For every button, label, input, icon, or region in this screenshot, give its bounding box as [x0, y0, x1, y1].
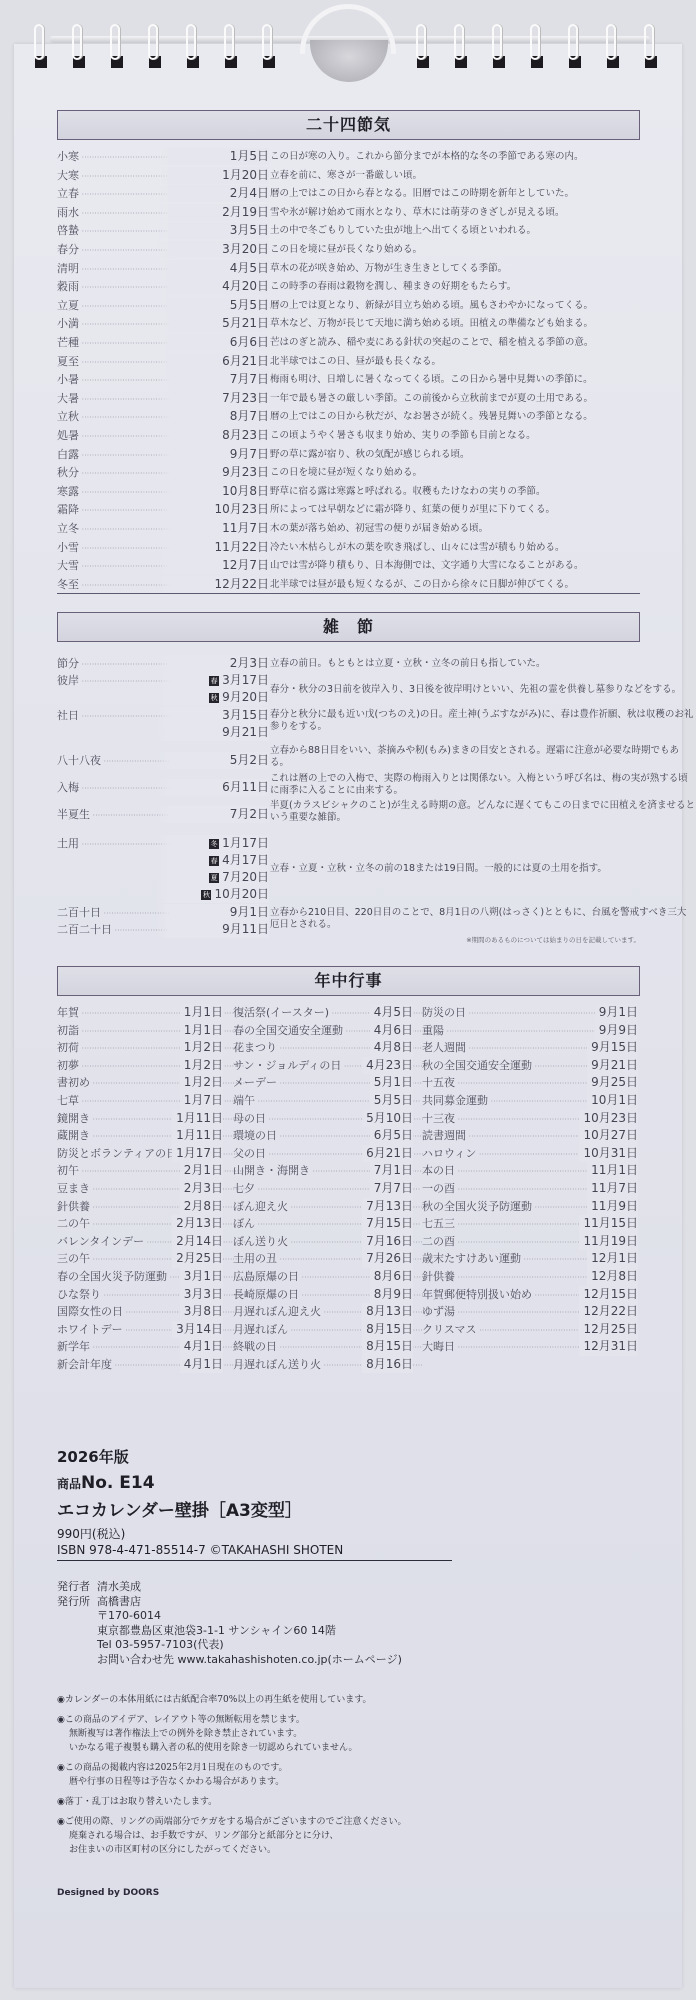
- event-date: 2月25日: [172, 1250, 223, 1268]
- event-date: 1月2日: [180, 1039, 223, 1057]
- event-date: 5月5日: [370, 1092, 413, 1110]
- event-row: 本の日11月1日: [422, 1162, 638, 1180]
- term-date: 12月22日: [157, 576, 269, 593]
- term-description: 暦の上ではこの日から秋だが、なお暑さが続く。残暑見舞いの季節となる。: [270, 408, 593, 425]
- term-description: 木の葉が落ち始め、初冠雪の便りが届き始める頃。: [270, 520, 488, 537]
- event-date: 9月9日: [595, 1022, 638, 1040]
- binding-ring: [416, 24, 430, 66]
- notice-line: 暦や行事の日程等は予告なくかわる場合があります。: [57, 1775, 407, 1789]
- notice-line: ◉ご使用の際、リングの両端部分でケガをする場合がございますのでご注意ください。: [57, 1815, 407, 1829]
- term-description: 土の中で冬ごもりしていた虫が地上へ出てくる頃といわれる。: [270, 222, 536, 239]
- event-date: 8月13日: [362, 1303, 413, 1321]
- term-description: 梅雨も明け、日増しに暑くなってくる頃。この日から暑中見舞いの季節に。: [270, 371, 593, 388]
- event-date: 6月21日: [362, 1145, 413, 1163]
- event-date: 7月15日: [362, 1215, 413, 1233]
- event-date: 8月15日: [362, 1321, 413, 1339]
- term-date: 9月23日: [157, 464, 269, 481]
- event-row: 針供養12月8日: [422, 1268, 638, 1286]
- event-date: 11月15日: [579, 1215, 638, 1233]
- event-date: 4月8日: [370, 1039, 413, 1057]
- events-column-2: 復活祭(イースター)4月5日春の全国交通安全運動4月6日花まつり4月8日サン・ジ…: [233, 1004, 413, 1373]
- term-description: 立春を前に、寒さが一番厳しい頃。: [270, 167, 422, 184]
- event-date: 8月9日: [370, 1286, 413, 1304]
- term-date: 7月7日: [157, 371, 269, 388]
- event-row: ぼん送り火7月16日: [233, 1233, 413, 1251]
- event-row: 長崎原爆の日8月9日: [233, 1286, 413, 1304]
- event-row: ホワイトデー3月14日: [57, 1321, 223, 1339]
- binding-ring: [644, 24, 658, 66]
- event-date: 11月9日: [587, 1198, 638, 1216]
- event-date: 1月2日: [180, 1057, 223, 1075]
- event-row: 秋の全国火災予防運動11月9日: [422, 1198, 638, 1216]
- term-date: 8月7日: [157, 408, 269, 425]
- notice-item: ◉この商品のアイデア、レイアウト等の無断転用を禁じます。無断複写は著作権法上での…: [57, 1713, 407, 1755]
- event-name: 重陽: [422, 1022, 612, 1041]
- event-date: 8月16日: [362, 1356, 413, 1374]
- event-row: 鏡開き1月11日: [57, 1110, 223, 1128]
- event-row: 復活祭(イースター)4月5日: [233, 1004, 413, 1022]
- term-description: この日を境に昼が短くなり始める。: [270, 464, 422, 481]
- event-row: 山開き・海開き7月1日: [233, 1162, 413, 1180]
- term-description: 草木など、万物が長じて天地に満ち始める頃。田植えの準備なども始まる。: [270, 315, 593, 332]
- event-row: 父の日6月21日: [233, 1145, 413, 1163]
- section-header-sekki: 二十四節気: [57, 110, 640, 140]
- event-date: 9月21日: [587, 1057, 638, 1075]
- event-date: 2月3日: [180, 1180, 223, 1198]
- publisher-info: 発行者清水美成 発行所高橋書店 〒170-6014 東京都豊島区東池袋3-1-1…: [57, 1580, 402, 1667]
- event-row: 豆まき2月3日: [57, 1180, 223, 1198]
- event-date: 7月13日: [362, 1198, 413, 1216]
- term-description: 雪や氷が解け始めて雨水となり、草木には萌芽のきざしが見える頃。: [270, 204, 565, 221]
- term-date: 2月19日: [157, 204, 269, 221]
- binding-ring: [262, 24, 276, 66]
- event-name: 老人週間: [422, 1039, 612, 1058]
- event-row: バレンタインデー2月14日: [57, 1233, 223, 1251]
- event-row: 広島原爆の日8月6日: [233, 1268, 413, 1286]
- term-date: 6月6日: [157, 334, 269, 351]
- notice-line: お住まいの市区町村の区分にしたがってください。: [57, 1843, 407, 1857]
- event-date: 2月13日: [172, 1215, 223, 1233]
- event-row: 月遅れぼん迎え火8月13日: [233, 1303, 413, 1321]
- colophon-divider: [57, 1560, 452, 1561]
- binding-ring: [110, 24, 124, 66]
- event-row: 歳末たすけあい運動12月1日: [422, 1250, 638, 1268]
- event-date: 10月27日: [579, 1127, 638, 1145]
- event-row: 秋の全国交通安全運動9月21日: [422, 1057, 638, 1075]
- ring-wire: [644, 24, 654, 60]
- event-name: 防災の日: [422, 1004, 612, 1023]
- term-date: 11月22日: [157, 539, 269, 556]
- notice-item: ◉この商品の掲載内容は2025年2月1日現在のものです。暦や行事の日程等は予告な…: [57, 1761, 407, 1789]
- event-row: 端午5月5日: [233, 1092, 413, 1110]
- event-row: 初荷1月2日: [57, 1039, 223, 1057]
- event-row: 七草1月7日: [57, 1092, 223, 1110]
- website-link[interactable]: お問い合わせ先 www.takahashishoten.co.jp(ホームページ…: [57, 1653, 402, 1668]
- event-row: 年賀1月1日: [57, 1004, 223, 1022]
- event-row: ひな祭り3月3日: [57, 1286, 223, 1304]
- term-description: この日を境に昼が長くなり始める。: [270, 241, 422, 258]
- event-date: 3月8日: [180, 1303, 223, 1321]
- term-description: 暦の上ではこの日から春となる。旧暦ではこの時期を新年としていた。: [270, 185, 574, 202]
- event-row: 春の全国火災予防運動3月1日: [57, 1268, 223, 1286]
- event-row: サン・ジョルディの日4月23日: [233, 1057, 413, 1075]
- event-date: 9月15日: [587, 1039, 638, 1057]
- event-date: 8月6日: [370, 1268, 413, 1286]
- edition-label: 2026年版: [57, 1446, 129, 1467]
- term-description: 冷たい木枯らしが木の葉を吹き飛ばし、山々には雪が積もり始める。: [270, 539, 565, 556]
- event-row: 終戦の日8月15日: [233, 1338, 413, 1356]
- term-date: 1月5日: [157, 148, 269, 165]
- event-row: 土用の丑7月26日: [233, 1250, 413, 1268]
- event-row: 十三夜10月23日: [422, 1110, 638, 1128]
- event-date: 9月1日: [595, 1004, 638, 1022]
- event-date: 7月1日: [370, 1162, 413, 1180]
- event-row: 環境の日6月5日: [233, 1127, 413, 1145]
- event-name: 十五夜: [422, 1074, 612, 1093]
- event-date: 3月3日: [180, 1286, 223, 1304]
- event-row: 防災とボランティアの日1月17日: [57, 1145, 223, 1163]
- event-row: ハロウィン10月31日: [422, 1145, 638, 1163]
- event-date: 8月15日: [362, 1338, 413, 1356]
- notice-item: ◉カレンダーの本体用紙には古紙配合率70%以上の再生紙を使用しています。: [57, 1693, 407, 1707]
- term-date: 8月23日: [157, 427, 269, 444]
- event-row: 初詣1月1日: [57, 1022, 223, 1040]
- event-date: 1月7日: [180, 1092, 223, 1110]
- event-date: 7月16日: [362, 1233, 413, 1251]
- ring-wire: [530, 24, 540, 60]
- season-badge-autumn: 秋: [209, 693, 219, 703]
- term-date: 1月20日: [157, 167, 269, 184]
- binding-ring: [186, 24, 200, 66]
- event-date: 1月17日: [172, 1145, 223, 1163]
- section-divider: [57, 593, 640, 594]
- term-description: 山では雪が降り積もり、日本海側では、文字通り大雪になることがある。: [270, 557, 584, 574]
- event-date: 9月25日: [587, 1074, 638, 1092]
- event-date: 6月5日: [370, 1127, 413, 1145]
- term-description: 北半球では昼が最も短くなるが、この日から徐々に日脚が伸びてくる。: [270, 576, 574, 593]
- event-row: 母の日5月10日: [233, 1110, 413, 1128]
- event-name: 秋の全国火災予防運動: [422, 1198, 612, 1217]
- event-date: 12月8日: [587, 1268, 638, 1286]
- event-date: 1月1日: [180, 1004, 223, 1022]
- event-name: 本の日: [422, 1162, 612, 1181]
- ring-wire: [492, 24, 502, 60]
- event-date: 2月1日: [180, 1162, 223, 1180]
- notice-line: 無断複写は著作権法上での例外を除き禁止されています。: [57, 1727, 407, 1741]
- event-date: 4月1日: [180, 1356, 223, 1374]
- binding-ring: [568, 24, 582, 66]
- footnote: ※期間のあるものについては始まりの日を記載しています。: [466, 935, 640, 944]
- event-row: 花まつり4月8日: [233, 1039, 413, 1057]
- notice-item: ◉落丁・乱丁はお取り替えいたします。: [57, 1795, 407, 1809]
- term-description: 北半球ではこの日、昼が最も長くなる。: [270, 353, 441, 370]
- season-badge-autumn: 秋: [201, 890, 211, 900]
- event-row: 共同募金運動10月1日: [422, 1092, 638, 1110]
- term-date: 10月8日: [157, 483, 269, 500]
- event-date: 1月1日: [180, 1022, 223, 1040]
- event-row: 大晦日12月31日: [422, 1338, 638, 1356]
- event-date: 7月7日: [370, 1180, 413, 1198]
- event-row: 新会計年度4月1日: [57, 1356, 223, 1374]
- event-date: 4月23日: [362, 1057, 413, 1075]
- event-row: 書初め1月2日: [57, 1074, 223, 1092]
- event-name: 針供養: [422, 1268, 612, 1287]
- event-date: 7月26日: [362, 1250, 413, 1268]
- event-date: 12月31日: [579, 1338, 638, 1356]
- event-date: 11月19日: [579, 1233, 638, 1251]
- event-row: 国際女性の日3月8日: [57, 1303, 223, 1321]
- ring-wire: [454, 24, 464, 60]
- notice-line: ◉カレンダーの本体用紙には古紙配合率70%以上の再生紙を使用しています。: [57, 1693, 407, 1707]
- binding-ring: [34, 24, 48, 66]
- event-row: 一の酉11月7日: [422, 1180, 638, 1198]
- events-column-1: 年賀1月1日初詣1月1日初荷1月2日初夢1月2日書初め1月2日七草1月7日鏡開き…: [57, 1004, 223, 1373]
- event-row: 春の全国交通安全運動4月6日: [233, 1022, 413, 1040]
- term-description: 野草に宿る露は寒露と呼ばれる。収穫もたけなわの実りの季節。: [270, 483, 546, 500]
- event-row: 月遅れぼん8月15日: [233, 1321, 413, 1339]
- product-name: エコカレンダー壁掛［A3変型］: [57, 1496, 302, 1521]
- season-badge-winter: 冬: [209, 839, 219, 849]
- notice-item: ◉ご使用の際、リングの両端部分でケガをする場合がございますのでご注意ください。廃…: [57, 1815, 407, 1857]
- event-row: 月遅れぼん送り火8月16日: [233, 1356, 413, 1374]
- section-header-nenchu: 年中行事: [57, 966, 640, 996]
- notice-line: ◉この商品のアイデア、レイアウト等の無断転用を禁じます。: [57, 1713, 407, 1727]
- notice-line: ◉この商品の掲載内容は2025年2月1日現在のものです。: [57, 1761, 407, 1775]
- term-description: この日が寒の入り。これから節分までが本格的な冬の季節である寒の内。: [270, 148, 584, 165]
- ring-wire: [262, 24, 272, 60]
- events-column-3: 防災の日9月1日重陽9月9日老人週間9月15日秋の全国交通安全運動9月21日十五…: [422, 1004, 638, 1356]
- ring-wire: [110, 24, 120, 60]
- term-date: 3月20日: [157, 241, 269, 258]
- event-date: 5月1日: [370, 1074, 413, 1092]
- binding-ring: [148, 24, 162, 66]
- term-description: 野の草に露が宿り、秋の気配が感じられる頃。: [270, 446, 470, 463]
- term-date: 10月23日: [157, 501, 269, 518]
- term-description: 一年で最も暑さの厳しい季節。この前後から立秋前までが夏の土用である。: [270, 390, 593, 407]
- term-date: 2月4日: [157, 185, 269, 202]
- binding-ring: [454, 24, 468, 66]
- ring-wire: [606, 24, 616, 60]
- event-date: 11月7日: [587, 1180, 638, 1198]
- term-date: 7月23日: [157, 390, 269, 407]
- design-credit: Designed by DOORS: [57, 1888, 159, 1898]
- event-row: 初夢1月2日: [57, 1057, 223, 1075]
- event-date: 10月1日: [587, 1092, 638, 1110]
- event-date: 4月5日: [370, 1004, 413, 1022]
- isbn: ISBN 978-4-471-85514-7 ©TAKAHASHI SHOTEN: [57, 1543, 343, 1557]
- event-row: 三の午2月25日: [57, 1250, 223, 1268]
- notice-line: いかなる電子複製も購入者の私的使用を除き一切認められていません。: [57, 1741, 407, 1755]
- notice-line: 廃棄される場合は、お手数ですが、リング部分と紙部分とに分け、: [57, 1829, 407, 1843]
- term-date: 9月7日: [157, 446, 269, 463]
- term-date: 3月5日: [157, 222, 269, 239]
- binding-ring: [72, 24, 86, 66]
- event-row: 七五三11月15日: [422, 1215, 638, 1233]
- event-row: 年賀郵便特別扱い始め12月15日: [422, 1286, 638, 1304]
- event-date: 4月1日: [180, 1338, 223, 1356]
- season-badge-spring: 春: [209, 856, 219, 866]
- product-number: 商品No. E14: [57, 1473, 155, 1493]
- term-description: 所によっては早朝などに霜が降り、紅葉の便りが里に下りてくる。: [270, 501, 555, 518]
- season-badge-summer: 夏: [209, 873, 219, 883]
- term-date: 4月20日: [157, 278, 269, 295]
- binding-ring: [224, 24, 238, 66]
- event-date: 1月2日: [180, 1074, 223, 1092]
- ring-wire: [72, 24, 82, 60]
- ring-wire: [568, 24, 578, 60]
- ring-wire: [186, 24, 196, 60]
- event-row: 蔵開き1月11日: [57, 1127, 223, 1145]
- event-name: 共同募金運動: [422, 1092, 612, 1111]
- event-date: 3月1日: [180, 1268, 223, 1286]
- wire-hanger[interactable]: [300, 4, 396, 54]
- event-date: 2月8日: [180, 1198, 223, 1216]
- event-date: 12月25日: [579, 1321, 638, 1339]
- event-date: 5月10日: [362, 1110, 413, 1128]
- event-date: 12月22日: [579, 1303, 638, 1321]
- event-row: 防災の日9月1日: [422, 1004, 638, 1022]
- event-row: ゆず湯12月22日: [422, 1303, 638, 1321]
- ring-wire: [34, 24, 44, 60]
- binding-ring: [606, 24, 620, 66]
- term-description: 芒はのぎと読み、稲や麦にある針状の突起のことで、稲を植える季節の意。: [270, 334, 593, 351]
- event-date: 1月11日: [172, 1127, 223, 1145]
- event-row: 十五夜9月25日: [422, 1074, 638, 1092]
- event-row: 二の酉11月19日: [422, 1233, 638, 1251]
- event-row: メーデー5月1日: [233, 1074, 413, 1092]
- ring-wire: [224, 24, 234, 60]
- event-name: 秋の全国交通安全運動: [422, 1057, 612, 1076]
- event-date: 12月1日: [587, 1250, 638, 1268]
- event-date: 3月14日: [172, 1321, 223, 1339]
- event-row: 二の午2月13日: [57, 1215, 223, 1233]
- event-row: 老人週間9月15日: [422, 1039, 638, 1057]
- event-row: 針供養2月8日: [57, 1198, 223, 1216]
- event-row: 新学年4月1日: [57, 1338, 223, 1356]
- binding-ring: [530, 24, 544, 66]
- event-row: 重陽9月9日: [422, 1022, 638, 1040]
- event-row: クリスマス12月25日: [422, 1321, 638, 1339]
- ring-wire: [416, 24, 426, 60]
- term-description: この時季の春雨は穀物を潤し、種まきの好期をもたらす。: [270, 278, 516, 295]
- event-row: ぼん迎え火7月13日: [233, 1198, 413, 1216]
- term-date: 6月21日: [157, 353, 269, 370]
- binding-ring: [492, 24, 506, 66]
- term-date: 5月5日: [157, 297, 269, 314]
- term-date: 12月7日: [157, 557, 269, 574]
- season-badge-spring: 春: [209, 676, 219, 686]
- event-date: 4月6日: [370, 1022, 413, 1040]
- term-date: 4月5日: [157, 260, 269, 277]
- event-name: 歳末たすけあい運動: [422, 1250, 612, 1269]
- event-date: 1月11日: [172, 1110, 223, 1128]
- event-row: 七夕7月7日: [233, 1180, 413, 1198]
- event-name: 一の酉: [422, 1180, 612, 1199]
- event-date: 11月1日: [587, 1162, 638, 1180]
- event-row: 初午2月1日: [57, 1162, 223, 1180]
- event-row: 読書週間10月27日: [422, 1127, 638, 1145]
- event-date: 10月23日: [579, 1110, 638, 1128]
- notice-line: ◉落丁・乱丁はお取り替えいたします。: [57, 1795, 407, 1809]
- ring-wire: [148, 24, 158, 60]
- term-description: 暦の上では夏となり、新緑が目立ち始める頃。風もさわやかになってくる。: [270, 297, 593, 314]
- notices: ◉カレンダーの本体用紙には古紙配合率70%以上の再生紙を使用しています。◉この商…: [57, 1693, 407, 1863]
- event-row: ぼん7月15日: [233, 1215, 413, 1233]
- event-date: 2月14日: [172, 1233, 223, 1251]
- event-date: 12月15日: [579, 1286, 638, 1304]
- term-date: 5月21日: [157, 315, 269, 332]
- price: 990円(税込): [57, 1525, 125, 1542]
- term-description: この頃ようやく暑さも収まり始め、実りの季節も目前となる。: [270, 427, 536, 444]
- term-date: 11月7日: [157, 520, 269, 537]
- section-header-zassetsu: 雑 節: [57, 612, 640, 642]
- term-description: 草木の花が咲き始め、万物が生き生きとしてくる季節。: [270, 260, 507, 277]
- event-date: 10月31日: [579, 1145, 638, 1163]
